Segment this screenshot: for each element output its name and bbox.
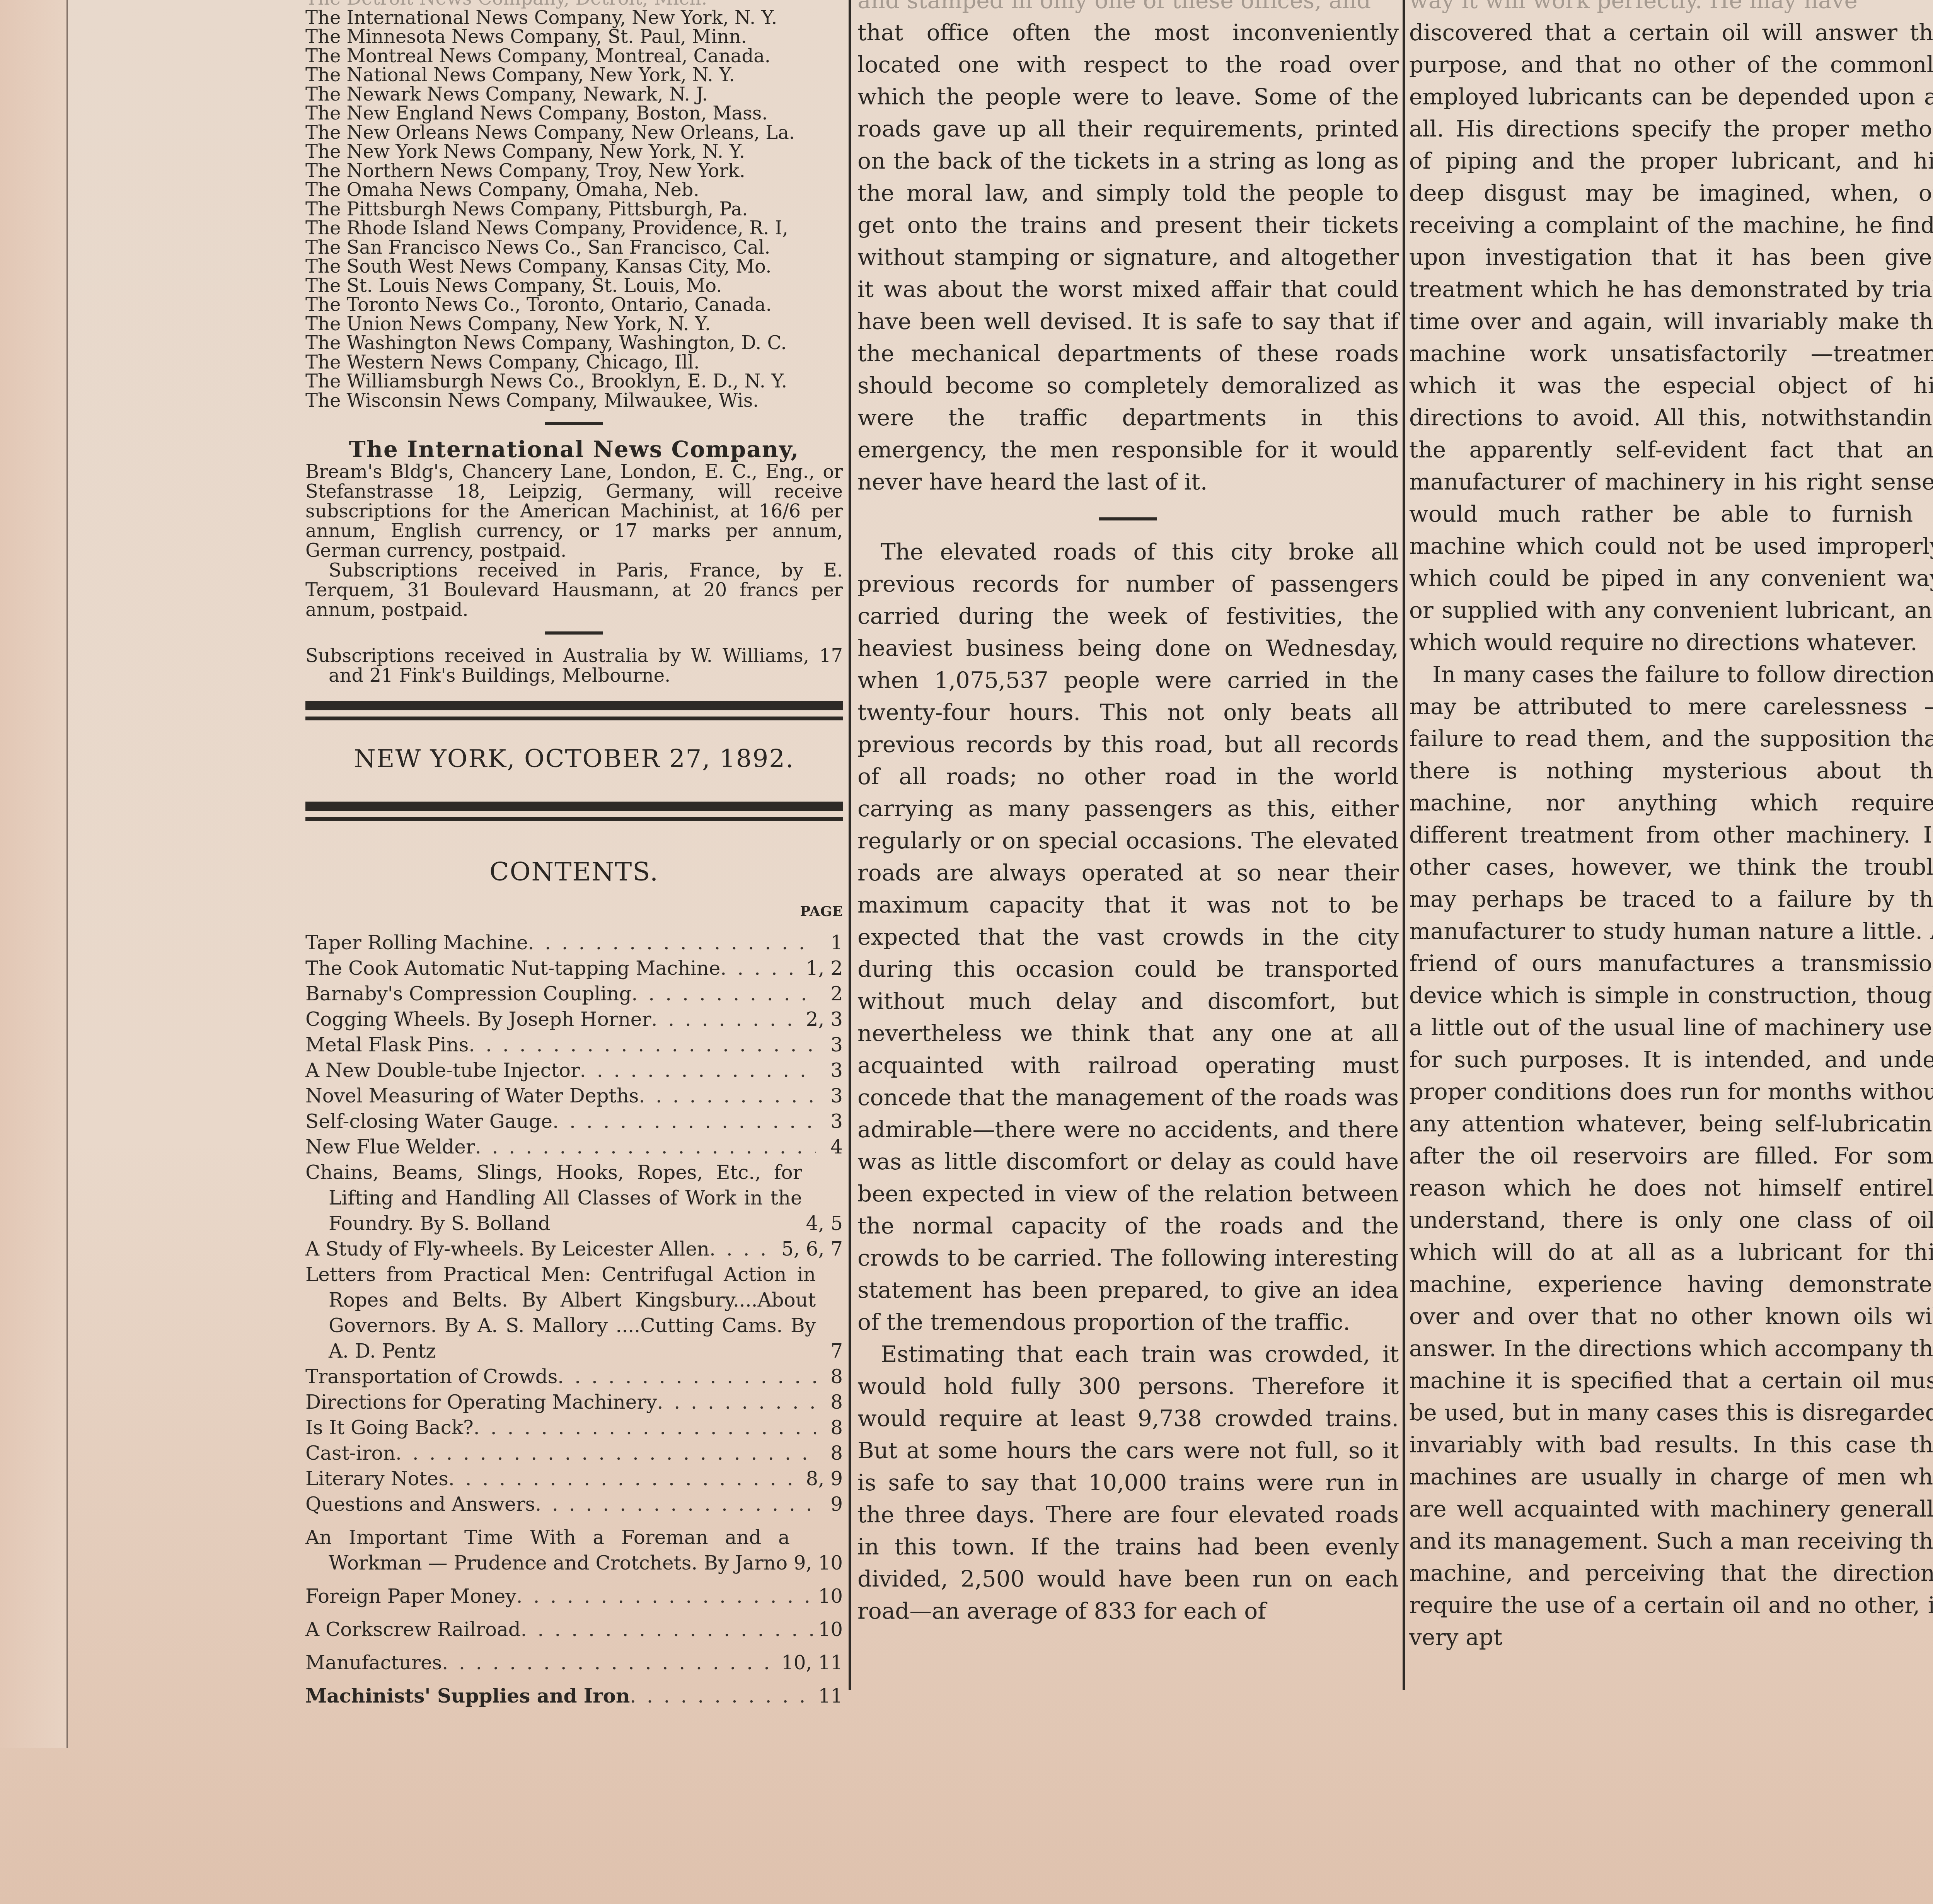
cutoff-line: and stamped in only one of these offices… [857, 0, 1399, 17]
agent-item: The San Francisco News Co., San Francisc… [305, 238, 843, 258]
dateline: NEW YORK, OCTOBER 27, 1892. [305, 744, 843, 775]
agent-item: The Montreal News Company, Montreal, Can… [305, 47, 843, 66]
agent-item: The Rhode Island News Company, Providenc… [305, 219, 843, 238]
agent-item: The St. Louis News Company, St. Louis, M… [305, 276, 843, 296]
toc-item[interactable]: Is It Going Back?8 [305, 1415, 843, 1440]
agent-item: The Newark News Company, Newark, N. J. [305, 85, 843, 104]
agent-item: The National News Company, New York, N. … [305, 66, 843, 85]
international-news-body: Bream's Bldg's, Chancery Lane, London, E… [305, 462, 843, 561]
agent-item: The Pittsburgh News Company, Pittsburgh,… [305, 200, 843, 219]
toc-item[interactable]: Chains, Beams, Slings, Hooks, Ropes, Etc… [305, 1160, 843, 1236]
toc-item[interactable]: A Corkscrew Railroad10 [305, 1617, 843, 1642]
toc-item[interactable]: Questions and Answers9 [305, 1491, 843, 1517]
agent-item: The Omaha News Company, Omaha, Neb. [305, 181, 843, 200]
column-3-directions-for-operating-machinery: way it will work perfectly. He may have … [1409, 0, 1933, 1653]
toc-item[interactable]: Cast-iron8 [305, 1440, 843, 1466]
paris-subscriptions: Subscriptions received in Paris, France,… [305, 561, 843, 620]
agent-item: The Toronto News Co., Toronto, Ontario, … [305, 295, 843, 315]
toc-item[interactable]: Machinists' Supplies and Iron11 [305, 1683, 843, 1709]
international-news-title: The International News Company, [305, 437, 843, 462]
toc-item[interactable]: Cogging Wheels. By Joseph Horner2, 3 [305, 1007, 843, 1032]
article-paragraph: In many cases the failure to follow dire… [1409, 659, 1933, 1653]
dateline-rule-top [305, 701, 843, 720]
agent-item: The Northern News Company, Troy, New Yor… [305, 162, 843, 181]
toc-item[interactable]: A New Double-tube Injector3 [305, 1058, 843, 1083]
agent-item: The New England News Company, Boston, Ma… [305, 104, 843, 123]
toc-item[interactable]: Manufactures10, 11 [305, 1650, 843, 1675]
toc-item[interactable]: Foreign Paper Money10 [305, 1583, 843, 1609]
article-paragraph: that office often the most inconvenientl… [857, 17, 1399, 498]
article-paragraph: The elevated roads of this city broke al… [857, 536, 1399, 1338]
agent-item: The Western News Company, Chicago, Ill. [305, 353, 843, 372]
toc-item[interactable]: Directions for Operating Machinery8 [305, 1389, 843, 1415]
article-paragraph: Estimating that each train was crowded, … [857, 1338, 1399, 1627]
agent-item: The New York News Company, New York, N. … [305, 142, 843, 162]
toc-item[interactable]: Novel Measuring of Water Depths3 [305, 1083, 843, 1109]
toc-item[interactable]: Letters from Practical Men: Centrifugal … [305, 1262, 843, 1364]
agent-item: The Williamsburgh News Co., Brooklyn, E.… [305, 372, 843, 391]
column-1: The Detroit News Company, Detroit, Mich.… [305, 0, 843, 1709]
agent-item: The Wisconsin News Company, Milwaukee, W… [305, 391, 843, 411]
agent-item: The Washington News Company, Washington,… [305, 334, 843, 353]
column-rule [849, 0, 851, 1690]
toc-item[interactable]: Taper Rolling Machine1 [305, 930, 843, 955]
news-agents-list: The Detroit News Company, Detroit, Mich.… [305, 0, 843, 410]
toc-item[interactable]: Metal Flask Pins3 [305, 1032, 843, 1058]
toc-item[interactable]: Transportation of Crowds8 [305, 1364, 843, 1389]
contents-title: CONTENTS. [305, 856, 843, 888]
toc-item[interactable]: The Cook Automatic Nut-tapping Machine1,… [305, 955, 843, 981]
toc-item[interactable]: New Flue Welder4 [305, 1134, 843, 1160]
agent-item: The International News Company, New York… [305, 9, 843, 28]
agent-item: The New Orleans News Company, New Orlean… [305, 123, 843, 143]
toc-item[interactable]: Literary Notes8, 9 [305, 1466, 843, 1491]
toc-item[interactable]: Self-closing Water Gauge3 [305, 1109, 843, 1134]
table-of-contents: Taper Rolling Machine1 The Cook Automati… [305, 930, 843, 1709]
agent-item: The Minnesota News Company, St. Paul, Mi… [305, 27, 843, 47]
agent-item: The Union News Company, New York, N. Y. [305, 315, 843, 334]
dateline-rule-bottom [305, 802, 843, 821]
article-paragraph: discovered that a certain oil will answe… [1409, 17, 1933, 659]
toc-item[interactable]: Barnaby's Compression Coupling2 [305, 981, 843, 1007]
folded-page-edge [0, 0, 68, 1748]
column-2-transportation-of-crowds: and stamped in only one of these offices… [857, 0, 1399, 1627]
column-rule [1403, 0, 1405, 1690]
agent-item: The South West News Company, Kansas City… [305, 257, 843, 276]
section-divider [545, 422, 603, 425]
section-divider [545, 631, 603, 635]
section-divider [1099, 517, 1157, 520]
contents-page-label: PAGE [305, 896, 843, 928]
cutoff-line: way it will work perfectly. He may have [1409, 0, 1933, 17]
australia-subscriptions: Subscriptions received in Australia by W… [305, 646, 843, 686]
toc-item[interactable]: An Important Time With a Foreman and a W… [305, 1525, 843, 1576]
toc-item[interactable]: A Study of Fly-wheels. By Leicester Alle… [305, 1236, 843, 1262]
agent-item-cutoff: The Detroit News Company, Detroit, Mich. [305, 0, 843, 9]
